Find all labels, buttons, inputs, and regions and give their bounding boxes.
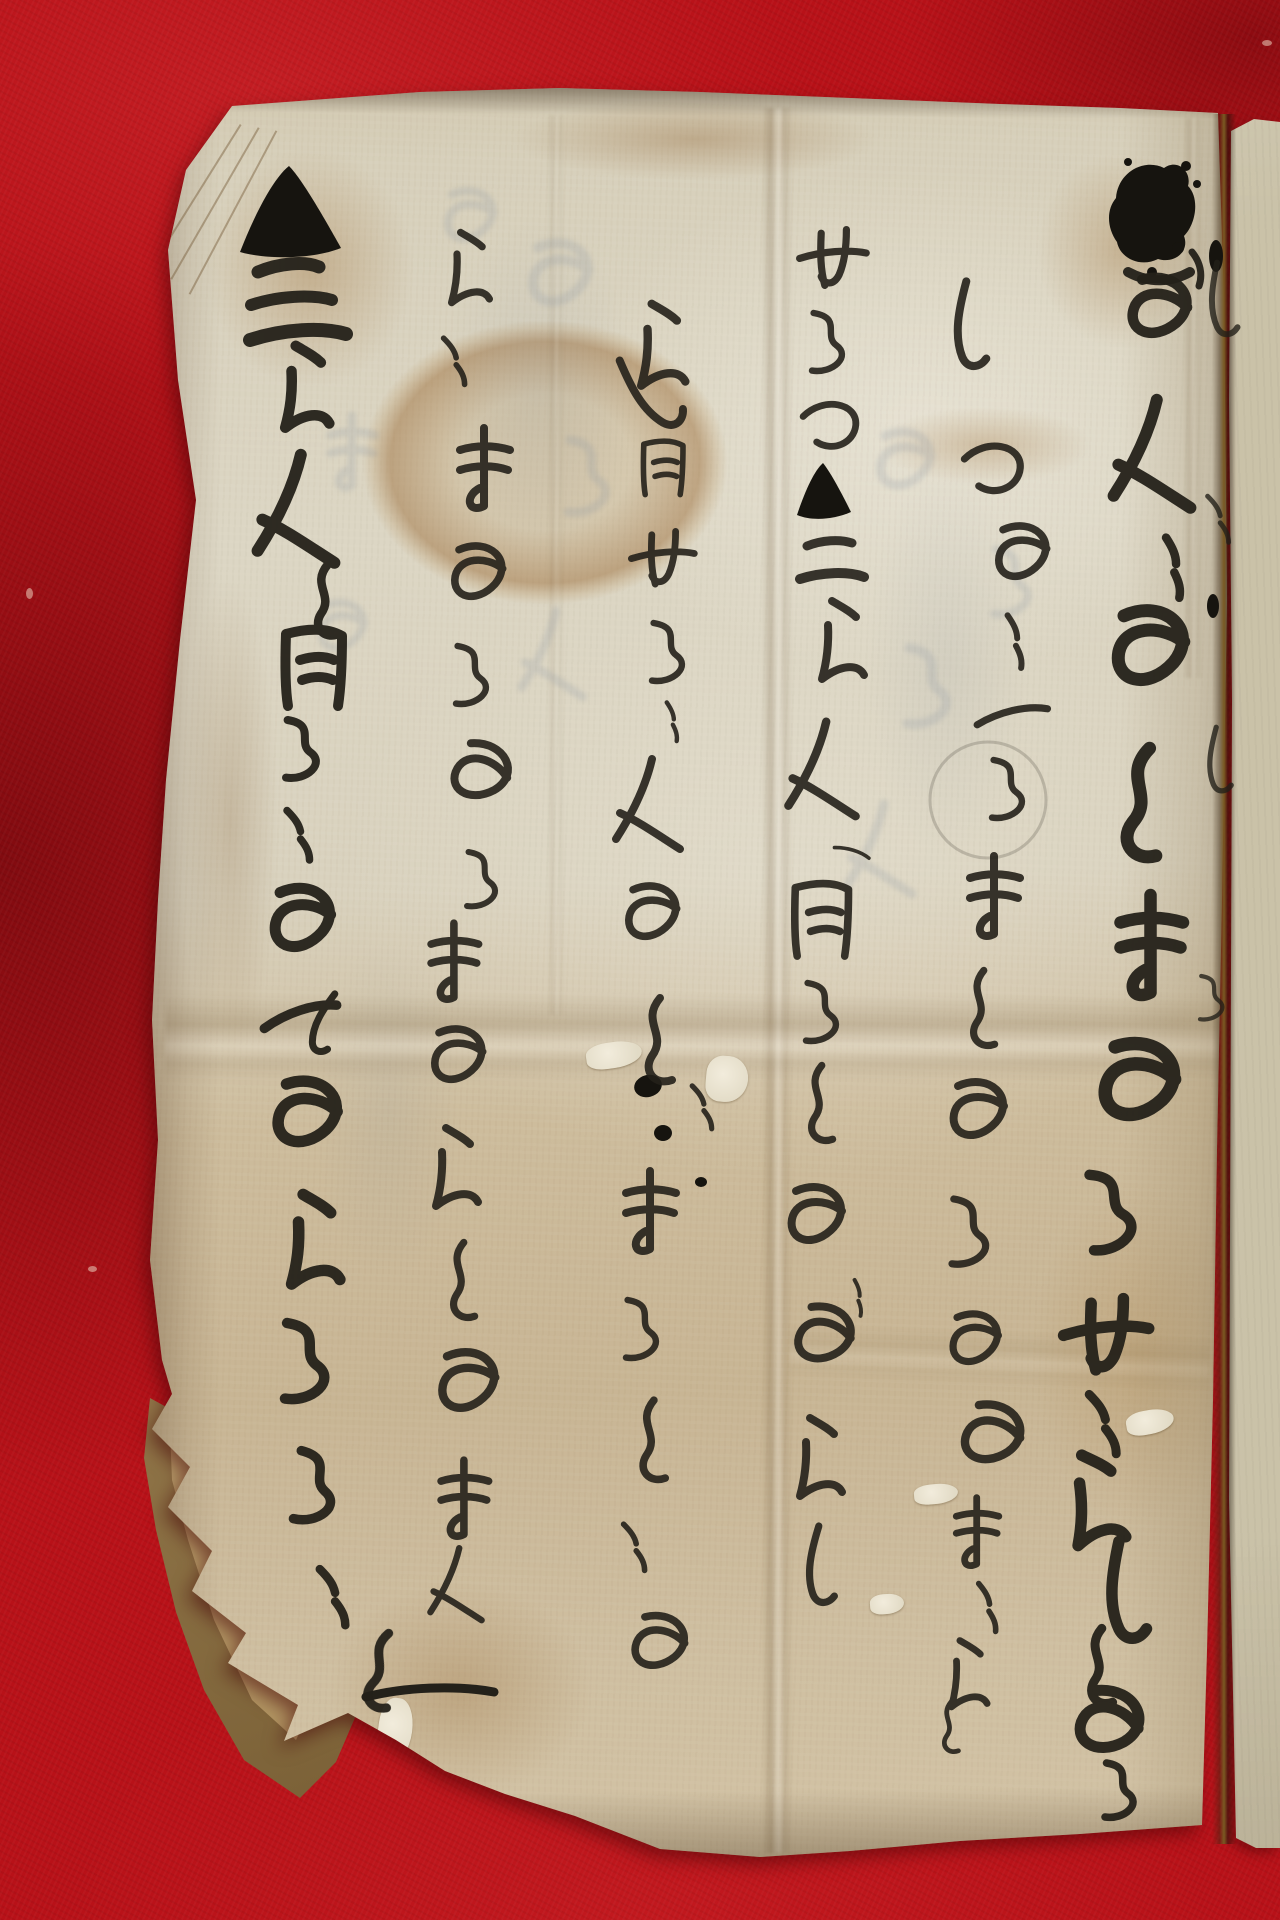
faint-ink-ring [930,742,1046,858]
numeral-three-strokes [250,264,346,340]
section-triangle-large [240,166,341,257]
calligraphy-column-6 [258,346,400,1709]
calligraphy-layer [0,0,1280,1920]
calligraphy-edge-slivers [1200,263,1238,1020]
numeral-two-strokes [800,541,864,579]
calligraphy-column-2 [944,281,1048,1752]
ink-blob [1109,158,1201,286]
calligraphy-column-3 [788,230,869,1604]
section-triangle-small [797,463,851,519]
calligraphy-column-1 [1064,275,1191,1817]
photograph-of-manuscript: でんゞうのくみわちさんふぎり〳〵やう しうつぬへくまみ〳なちのおやみどひく たこ… [0,0,1280,1920]
calligraphy-column-5 [430,232,515,1620]
underline-stroke [366,1688,494,1697]
calligraphy-column-4 [615,304,712,1671]
